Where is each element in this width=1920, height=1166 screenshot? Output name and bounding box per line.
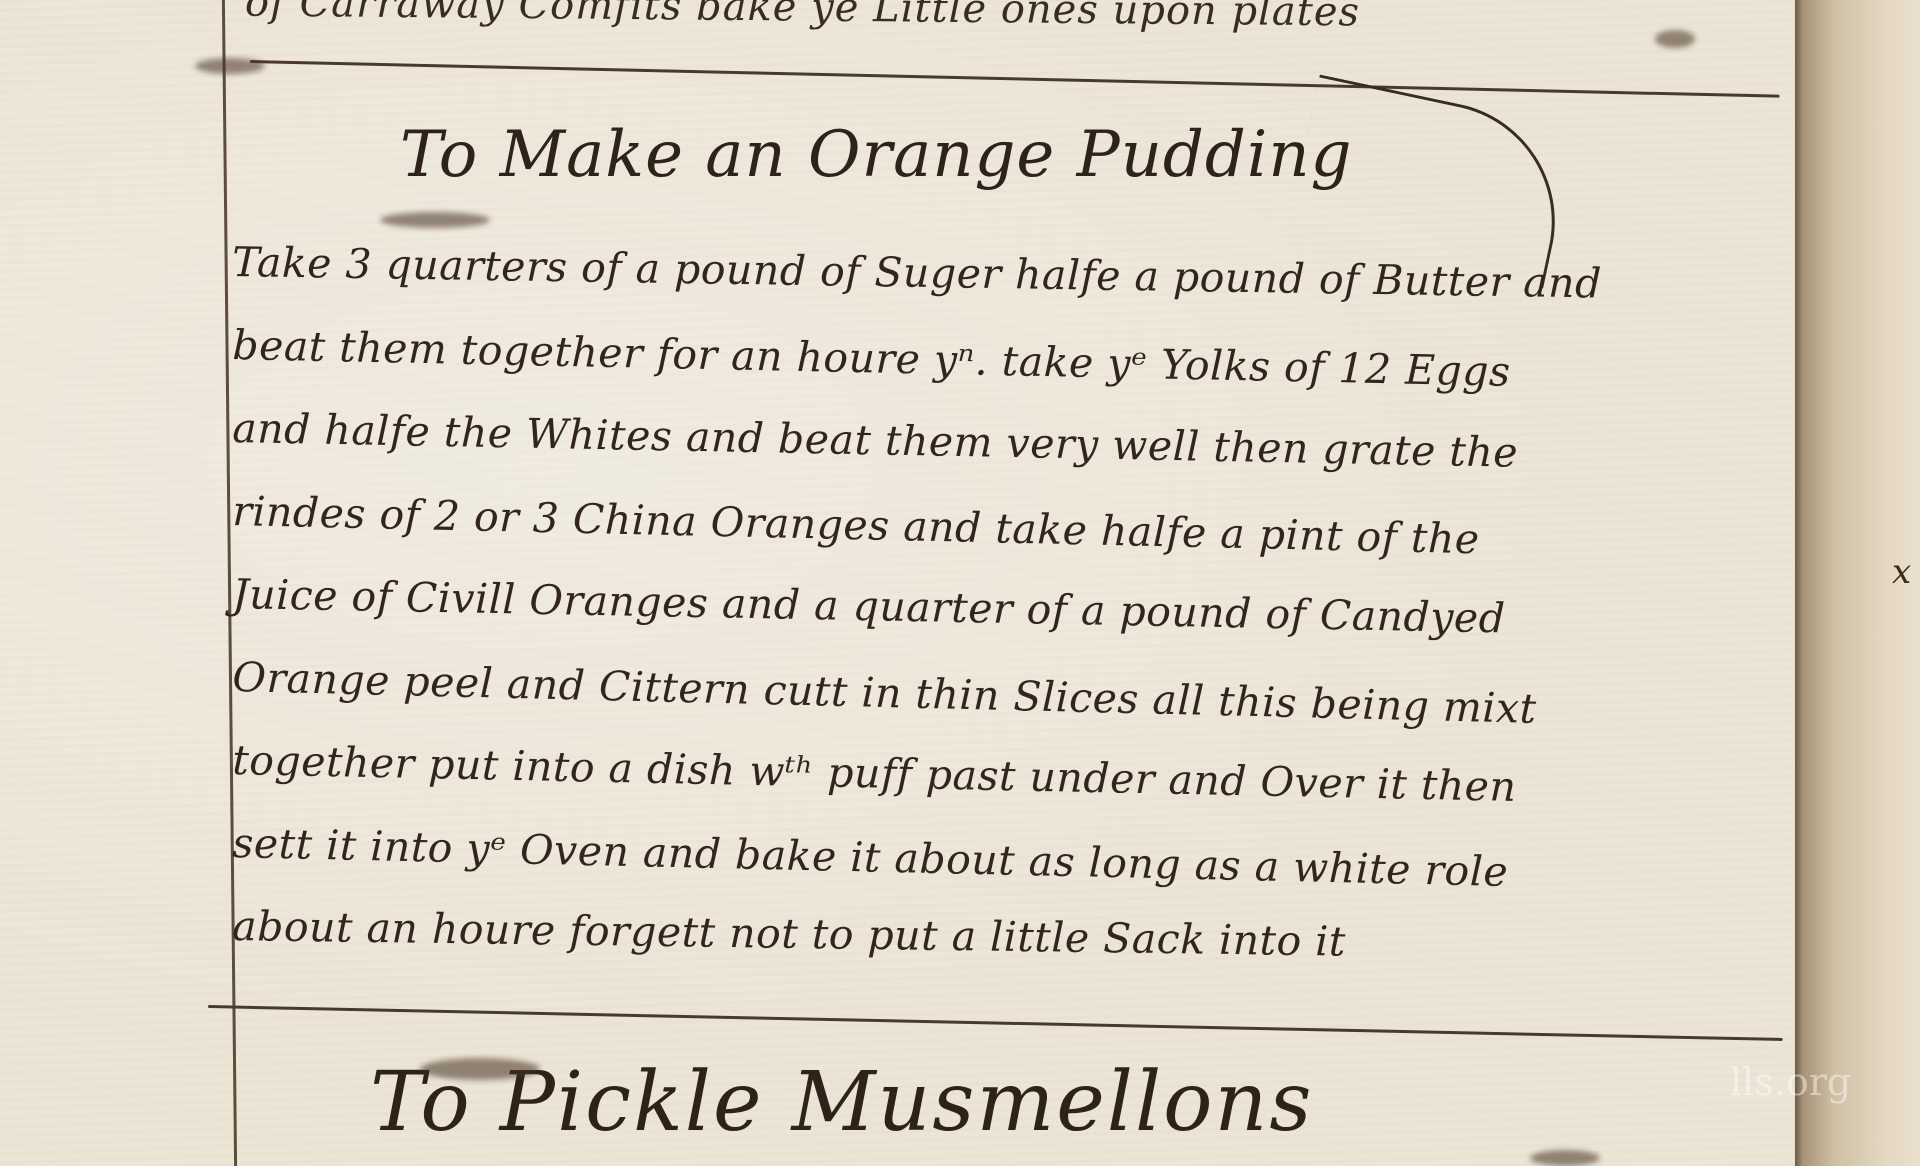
section-divider-top	[250, 60, 1780, 98]
facing-page-mark: x	[1892, 552, 1911, 592]
previous-recipe-tail: of Carraway Comfits bake ye Little ones …	[245, 0, 1695, 38]
watermark: lls.org	[1730, 1060, 1851, 1104]
ink-smudge	[380, 212, 490, 228]
ink-flourish	[420, 1058, 540, 1080]
section-divider-bottom	[208, 1005, 1783, 1041]
recipe-body: Take 3 quarters of a pound of Suger half…	[232, 238, 1792, 985]
ink-flourish	[1655, 30, 1695, 48]
manuscript-page: of Carraway Comfits bake ye Little ones …	[0, 0, 1800, 1166]
recipe-title: To Make an Orange Pudding	[400, 118, 1353, 192]
ink-flourish	[1530, 1150, 1600, 1166]
